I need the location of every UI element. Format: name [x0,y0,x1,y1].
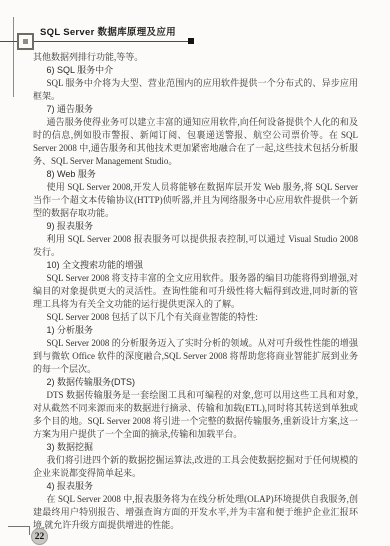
text-block: SQL Server 2008 的分析服务迈入了实时分析的领域。从对可升级性性能… [33,337,358,376]
page-body: 其他数据列排行功能,等等。 6) SQL 服务中介 SQL 服务中介将为大型、营… [33,51,358,532]
text-block: 3) 数据挖掘 [33,441,358,454]
text-block: 1) 分析服务 [33,324,358,337]
header-rule-end-square-icon [188,38,194,44]
header-vertical-rule [13,17,14,97]
book-page: SQL Server 数据库原理及应用 其他数据列排行功能,等等。 6) SQL… [0,0,390,546]
text-block: SQL 服务中介将为大型、营业范围内的应用软件提供一个分布式的、异步应用框架。 [33,77,358,103]
text-block: 利用 SQL Server 2008 报表服务可以提供报表控制,可以通过 Vis… [33,233,358,259]
text-block: 8) Web 服务 [33,168,358,181]
text-block: SQL Server 2008 包括了以下几个有关商业智能的特性: [33,311,358,324]
chapter-marker-inner-square [23,39,28,44]
text-block: 通告服务使得业务可以建立丰富的通知应用软件,向任何设备提供个人化的和及时的信息,… [33,116,358,168]
text-block: 在 SQL Server 2008 中,报表服务将为在线分析处理(OLAP)环境… [33,493,358,532]
page-number-badge: 22 [31,528,48,545]
footer-rule [8,526,30,535]
text-block: DTS 数据传输服务是一套绘图工具和可编程的对象,您可以用这些工具和对象,对从截… [33,389,358,441]
text-block: 使用 SQL Server 2008,开发人员将能够在数据库层开发 Web 服务… [33,181,358,220]
text-block: 其他数据列排行功能,等等。 [33,51,358,64]
text-block: 6) SQL 服务中介 [33,64,358,77]
text-block: 4) 报表服务 [33,480,358,493]
text-block: SQL Server 2008 将支持丰富的全文应用软件。服务器的编目功能将得到… [33,272,358,311]
text-block: 7) 通告服务 [33,103,358,116]
running-head-title: SQL Server 数据库原理及应用 [40,27,176,39]
chapter-marker-icon [17,33,34,50]
text-block: 10) 全文搜索功能的增强 [33,259,358,272]
text-block: 2) 数据传输服务(DTS) [33,376,358,389]
text-block: 我们将引进四个新的数据挖掘运算法,改进的工具会使数据挖掘对于任何规模的企业来说都… [33,454,358,480]
text-block: 9) 报表服务 [33,220,358,233]
